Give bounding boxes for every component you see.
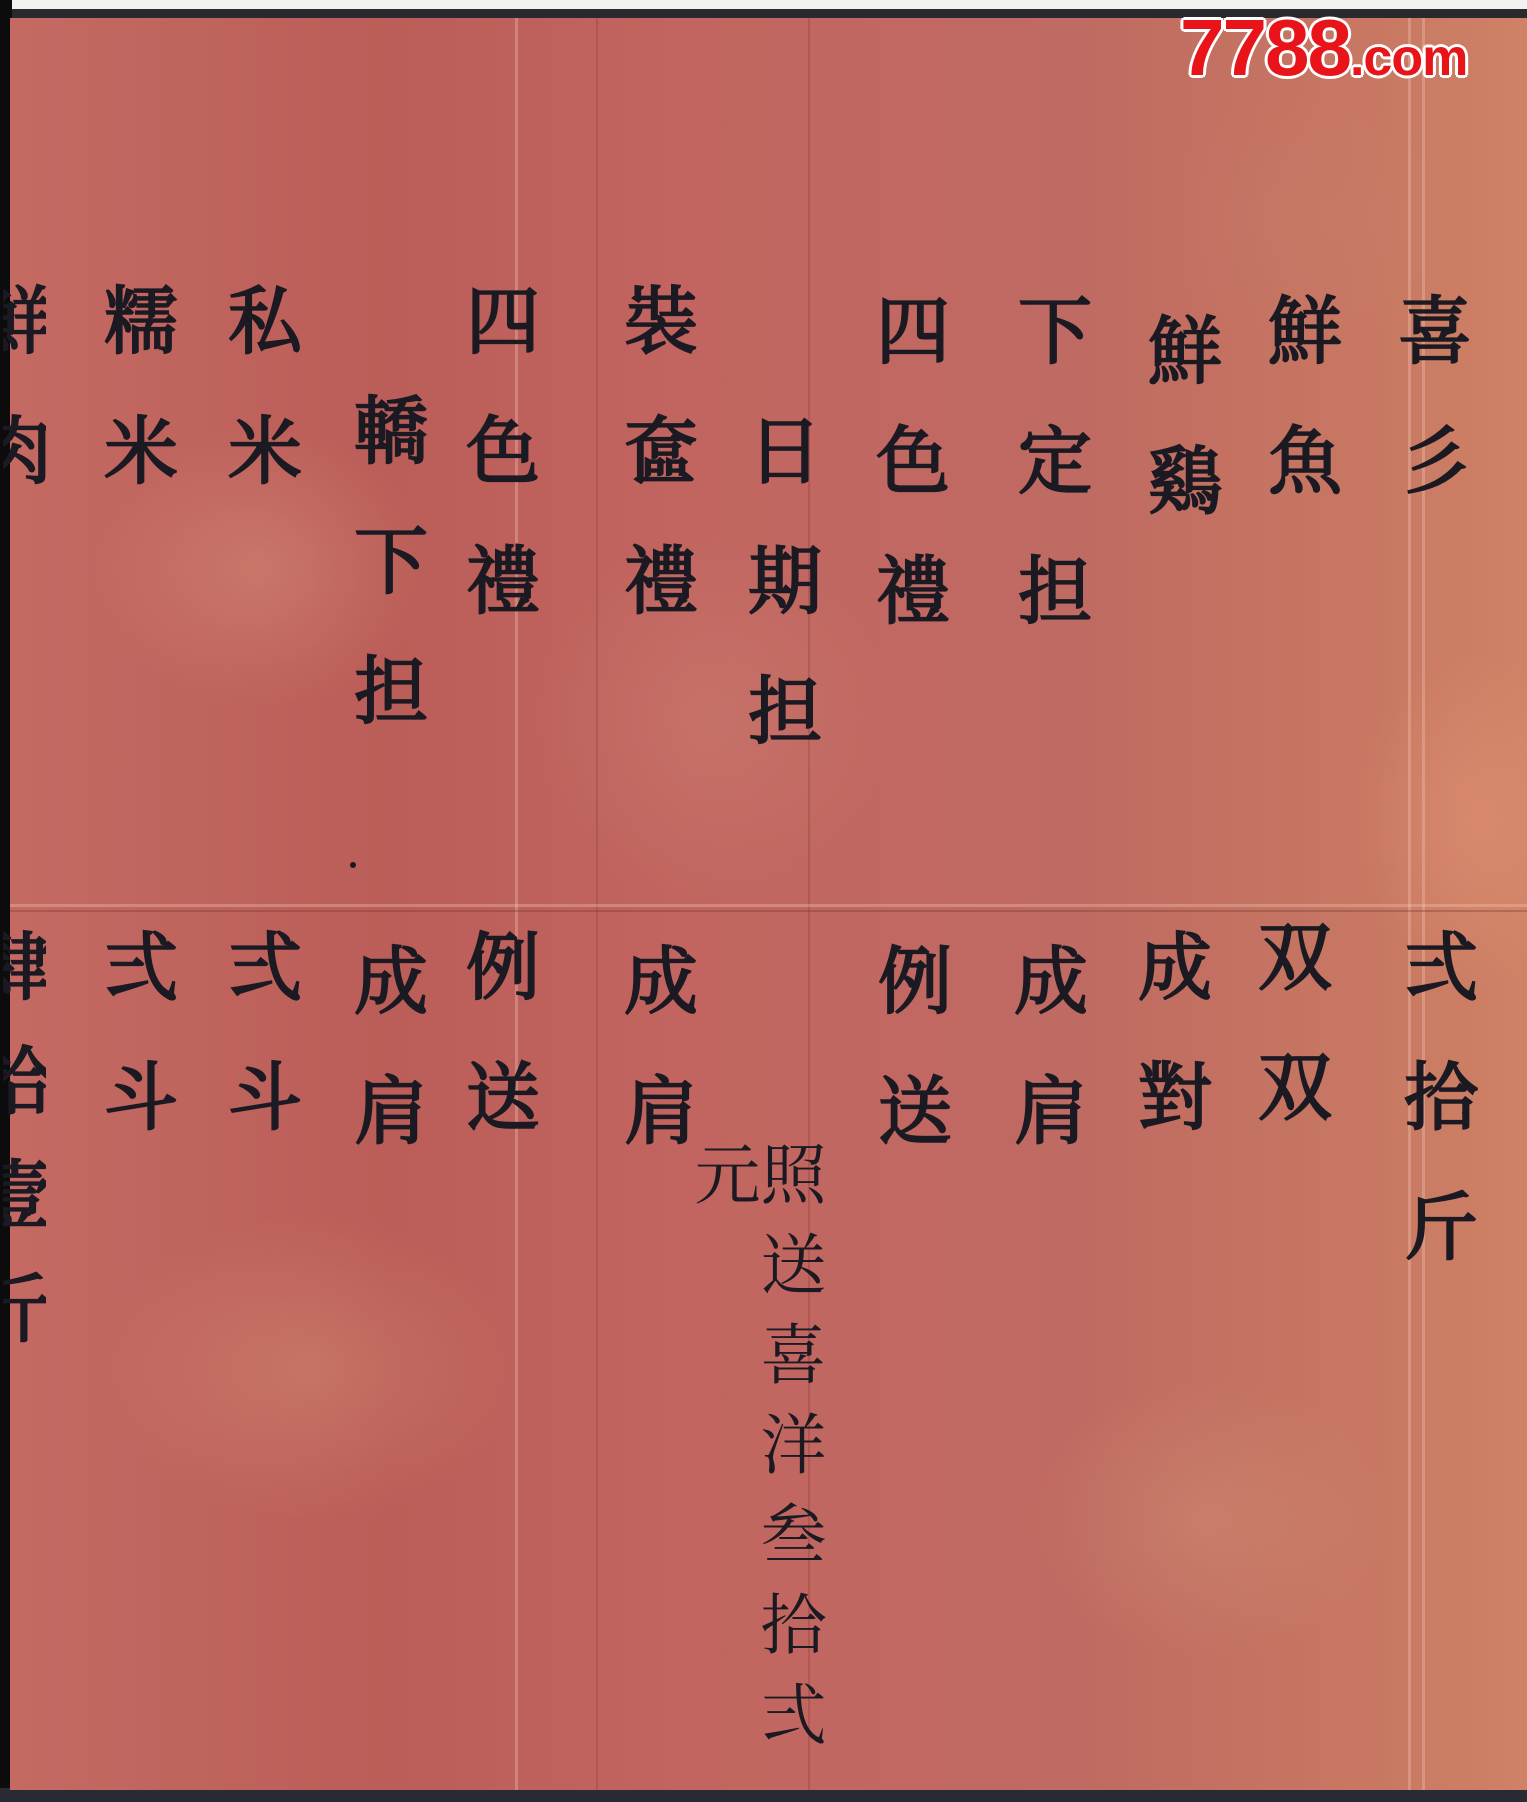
ink-dot xyxy=(350,862,356,868)
gift-item-8: 四色禮 xyxy=(460,282,534,672)
gift-quantity-5: 例送 xyxy=(872,942,946,1202)
site-watermark: 7788.com xyxy=(1180,8,1467,88)
fold-line xyxy=(10,904,1527,907)
gift-item-4: 下定担 xyxy=(1012,292,1086,682)
gift-quantity-8: 例送 xyxy=(460,928,534,1188)
gift-item-7: 裝奩禮 xyxy=(618,282,692,672)
gift-quantity-2: 双双 xyxy=(1252,918,1326,1178)
gift-quantity-10: 弍斗 xyxy=(222,928,296,1188)
cash-gift-note: 照送喜洋叁拾弍元 xyxy=(688,1140,820,1802)
gift-quantity-4: 成肩 xyxy=(1008,942,1082,1202)
gift-quantity-7: 成肩 xyxy=(618,942,692,1202)
gift-item-2: 鮮魚 xyxy=(1262,292,1336,552)
gift-quantity-9: 成肩 xyxy=(348,942,422,1202)
gift-item-12: 鮮肉 xyxy=(0,282,46,542)
gift-item-9: 轎下担 xyxy=(348,392,422,782)
gift-item-6: 日期担 xyxy=(742,412,816,802)
ink-dot xyxy=(1462,1110,1468,1116)
gift-item-3: 鮮鷄 xyxy=(1142,312,1216,572)
gift-quantity-11: 弍斗 xyxy=(98,928,172,1188)
gift-quantity-12: 肆拾壹斤 xyxy=(0,928,46,1384)
gift-item-5: 四色禮 xyxy=(870,292,944,682)
gift-quantity-3: 成對 xyxy=(1132,928,1206,1188)
gift-item-11: 糯米 xyxy=(98,282,172,542)
gift-item-10: 私米 xyxy=(222,282,296,542)
watermark-number: 7788 xyxy=(1180,3,1350,92)
gift-quantity-1: 弍拾斤 xyxy=(1398,928,1472,1318)
watermark-domain: .com xyxy=(1350,29,1467,87)
gift-item-1: 喜彡 xyxy=(1392,292,1466,552)
fold-line xyxy=(10,910,1527,912)
